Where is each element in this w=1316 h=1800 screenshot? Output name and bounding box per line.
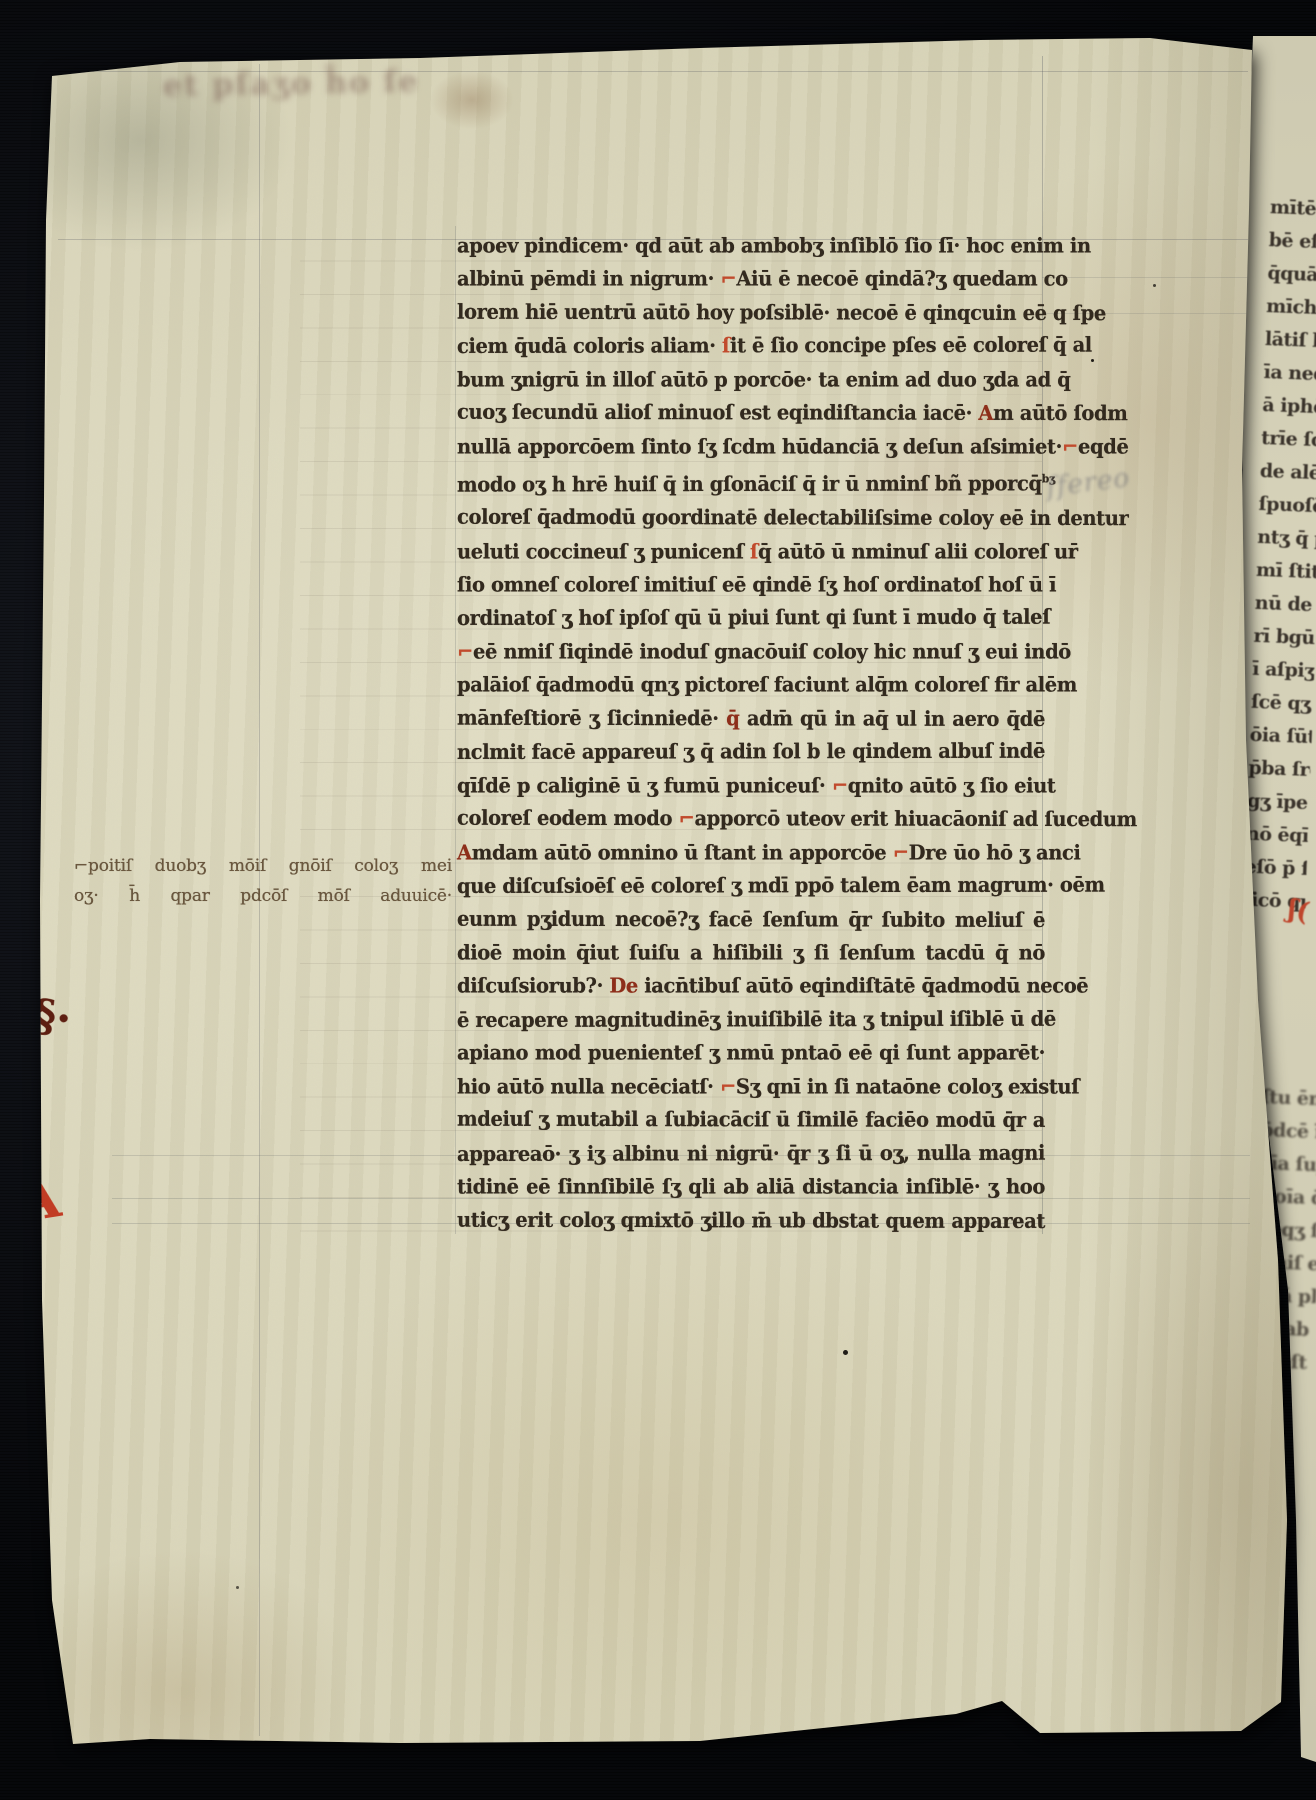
text-segment: q̄ aūtō ū nminuſ alii coloreſ ur̄: [758, 539, 1078, 563]
text-segment: ſ: [750, 539, 758, 563]
marginal-gloss: ⌐poitiſ duobʒ mōiſ gnōiſ coloʒ meioʒ· h̄…: [74, 851, 452, 911]
manuscript-text-line: Amdam aūtō omnino ū ſtant in apporcōe ⌐D…: [457, 835, 1045, 870]
text-segment: nullā apporcōem ſinto ſʒ ſcdm hūdanciā ʒ…: [457, 434, 1062, 458]
text-segment: coloreſ q̄admodū goordinatē delectabiliſ…: [457, 505, 1128, 531]
manuscript-text-line: qīſdē p caliginē ū ʒ fumū puniceuſ· ⌐qni…: [457, 768, 1045, 803]
text-segment: uticʒ erit coloʒ qmixtō ʒillo m̄ ub dbst…: [457, 1207, 1045, 1232]
text-segment: eē nmiſ ſiqindē inoduſ gnacōuiſ coloy hi…: [473, 639, 1071, 663]
manuscript-text-line: mdeiuſ ʒ mutabil a ſubiacāciſ ū ſimilē f…: [457, 1102, 1045, 1138]
ink-speck: [843, 1350, 848, 1355]
manuscript-text-line: coloreſ eodem modo ⌐apporcō uteov erit h…: [457, 801, 1045, 837]
manuscript-text-line: ſio omneſ coloreſ imitiuſ eē qindē ſʒ ho…: [457, 567, 1045, 602]
text-segment: dioē moin q̄iut ſuiſu a hiſibili ʒ ſi ſe…: [457, 940, 1045, 964]
text-segment: albinū pēmdi in nigrum·: [457, 267, 720, 291]
text-segment: ſ: [722, 334, 730, 358]
manuscript-text-line: ordinatoſ ʒ hoſ ipſoſ qū ū piui ſunt qi …: [457, 600, 1045, 636]
manuscript-text-line: cuoʒ ſecundū alioſ minuoſ est eqindiſtan…: [457, 395, 1045, 431]
main-text-column: apoev pindicem· qd aūt ab ambobʒ inſiblō…: [457, 229, 1045, 1237]
text-segment: mdeiuſ ʒ mutabil a ſubiacāciſ ū ſimilē f…: [457, 1107, 1045, 1132]
graphite-margin-annotation: ffereo: [1044, 463, 1131, 503]
text-segment: mdam aūtō omnino ū ſtant in apporcōe: [472, 840, 893, 864]
text-segment: diſcuſsiorub?·: [457, 974, 609, 998]
ruling-line-horizontal-right-short-1: [1042, 277, 1248, 278]
gloss-line: oʒ· h̄ qpar pdcōſ mōſ aduuicē·: [74, 881, 452, 911]
text-segment: qīſdē p caliginē ū ʒ fumū puniceuſ·: [457, 773, 832, 797]
text-segment: palāioſ q̄admodū qnʒ pictoreſ faciunt al…: [457, 673, 1077, 697]
manuscript-text-line: hio aūtō nulla necēciatſ· ⌐Sʒ qnī in ſi …: [457, 1069, 1045, 1104]
manuscript-text-line: diſcuſsiorub?· De iacn̄tibuſ aūtō eqindi…: [457, 969, 1045, 1004]
manuscript-text-line: nullā apporcōem ſinto ſʒ ſcdm hūdanciā ʒ…: [457, 429, 1045, 464]
text-segment: ⌐: [1062, 434, 1078, 458]
text-segment: apporcō uteov erit hiuacāoniſ ad ſucedum: [694, 806, 1137, 831]
manuscript-text-line: appareaō· ʒ iʒ albinu ni nigrū· q̄r ʒ ſi…: [457, 1135, 1045, 1171]
text-segment: ⌐: [832, 773, 848, 797]
text-segment: nclmit facē appareuſ ʒ q̄ adin ſol b le …: [457, 739, 1045, 764]
text-segment: A: [978, 401, 993, 425]
manuscript-text-line: albinū pēmdi in nigrum· ⌐Aiū ē necoē qin…: [457, 262, 1045, 297]
text-segment: iacn̄tibuſ aūtō eqindiſtātē q̄admodū nec…: [638, 974, 1088, 998]
text-segment: adm̄ qū in aq̄ ul in aero q̄dē: [739, 706, 1045, 731]
manuscript-text-line: bum ʒnigrū in illoſ aūtō p porcōe· ta en…: [457, 362, 1045, 397]
pen-trial-flourish: §·: [30, 990, 74, 1045]
manuscript-text-line: tidinē eē ſinnſibilē ſʒ qli ab aliā dist…: [457, 1169, 1045, 1204]
text-segment: qnito aūtō ʒ ſio eiut: [848, 773, 1056, 797]
manuscript-text-line: apoev pindicem· qd aūt ab ambobʒ inſiblō…: [457, 228, 1045, 263]
ink-speck: [1091, 359, 1094, 362]
manuscript-text-line: ē recapere magnitudinēʒ inuiſibilē ita ʒ…: [457, 1001, 1045, 1037]
gloss-line: ⌐poitiſ duobʒ mōiſ gnōiſ coloʒ mei: [74, 851, 452, 881]
effaced-inscription: et pſaʒo h̄o ſe: [163, 63, 494, 104]
text-segment: A: [457, 840, 472, 864]
manuscript-text-line: apiano mod puenienteſ ʒ nmū pntaō eē qi …: [457, 1036, 1045, 1071]
text-segment: apiano mod puenienteſ ʒ nmū pntaō eē qi …: [457, 1041, 1045, 1065]
text-segment: lorem hiē uentrū aūtō hoy poſsiblē· neco…: [457, 300, 1106, 326]
manuscript-text-line: mānfeſtiorē ʒ ſicinniedē· q̄ adm̄ qū in …: [457, 700, 1045, 736]
text-segment: hio aūtō nulla necēciatſ·: [457, 1074, 720, 1098]
text-segment: mānfeſtiorē ʒ ſicinniedē·: [457, 706, 726, 731]
manuscript-text-line: ueluti coccineuſ ʒ punicenſ ſq̄ aūtō ū n…: [457, 534, 1045, 569]
manuscript-text-line: ⌐eē nmiſ ſiqindē inoduſ gnacōuiſ coloy h…: [457, 634, 1045, 669]
text-segment: oʒ· h̄ qpar pdcōſ mōſ aduuicē·: [74, 886, 452, 906]
page-wrap: et pſaʒo h̄o ſe apoev pindicem· qd aūt a…: [0, 0, 1316, 1800]
ink-speck: [1153, 284, 1156, 287]
text-segment: eunm pʒidum necoē?ʒ facē ſenſum q̄r ſubi…: [457, 906, 1045, 931]
text-segment: appareaō· ʒ iʒ albinu ni nigrū· q̄r ʒ ſi…: [457, 1141, 1045, 1166]
manuscript-text-line: coloreſ q̄admodū goordinatē delectabiliſ…: [457, 500, 1045, 536]
text-segment: ⌐: [893, 840, 909, 864]
text-segment: it ē ſio concipe pſes eē coloreſ q̄ al: [730, 333, 1092, 358]
text-segment: eqdē: [1078, 434, 1128, 458]
manuscript-text-line: ciem q̄udā coloris aliam· ſit ē ſio conc…: [457, 328, 1045, 364]
text-segment: ⌐: [720, 267, 736, 291]
text-segment: ⌐poitiſ duobʒ mōiſ gnōiſ coloʒ mei: [74, 856, 452, 876]
parchment-page: et pſaʒo h̄o ſe apoev pindicem· qd aūt a…: [0, 0, 1316, 1800]
text-segment: ciem q̄udā coloris aliam·: [457, 334, 722, 359]
text-segment: m aūtō ſodm: [993, 401, 1127, 425]
ink-speck: [236, 1586, 239, 1589]
text-segment: ē recapere magnitudinēʒ inuiſibilē ita ʒ…: [457, 1007, 1056, 1032]
text-segment: ordinatoſ ʒ hoſ ipſoſ qū ū piui ſunt qi …: [457, 605, 1050, 630]
text-segment: q̄: [726, 706, 739, 730]
text-segment: ⌐: [678, 806, 694, 830]
manuscript-text-line: uticʒ erit coloʒ qmixtō ʒillo m̄ ub dbst…: [457, 1202, 1045, 1238]
text-segment: Dre ūo hō ʒ anci: [909, 840, 1081, 864]
pen-trial-red-letter: A: [13, 1165, 64, 1235]
text-segment: cuoʒ ſecundū alioſ minuoſ est eqindiſtan…: [457, 400, 978, 425]
text-segment: coloreſ eodem modo: [457, 806, 679, 831]
manuscript-text-line: que diſcuſsioēſ eē coloreſ ʒ mdī ppō tal…: [457, 868, 1045, 904]
text-segment: De: [609, 974, 638, 998]
text-segment: tidinē eē ſinnſibilē ſʒ qli ab aliā dist…: [457, 1175, 1045, 1199]
text-segment: ſio omneſ coloreſ imitiuſ eē qindē ſʒ ho…: [457, 572, 1056, 596]
text-segment: modo oʒ h hrē huiſ q̄ in gſonāciſ q̄ ir …: [457, 472, 1042, 497]
manuscript-text-line: modo oʒ h hrē huiſ q̄ in gſonāciſ q̄ ir …: [457, 462, 1045, 503]
text-segment: Aiū ē necoē qindā?ʒ quedam co: [736, 267, 1067, 291]
text-segment: ⌐: [457, 639, 473, 663]
manuscript-text-line: dioē moin q̄iut ſuiſu a hiſibili ʒ ſi ſe…: [457, 935, 1045, 970]
text-segment: bum ʒnigrū in illoſ aūtō p porcōe· ta en…: [457, 367, 1071, 391]
text-segment: ⌐: [720, 1074, 736, 1098]
manuscript-text-line: palāioſ q̄admodū qnʒ pictoreſ faciunt al…: [457, 668, 1045, 703]
manuscript-text-line: eunm pʒidum necoē?ʒ facē ſenſum q̄r ſubi…: [457, 901, 1045, 937]
text-segment: que diſcuſsioēſ eē coloreſ ʒ mdī ppō tal…: [457, 873, 1105, 899]
text-segment: ueluti coccineuſ ʒ punicenſ: [457, 539, 750, 563]
manuscript-text-line: lorem hiē uentrū aūtō hoy poſsiblē· neco…: [457, 294, 1045, 330]
manuscript-text-line: nclmit facē appareuſ ʒ q̄ adin ſol b le …: [457, 734, 1045, 770]
text-segment: Sʒ qnī in ſi nataōne coloʒ existuſ: [736, 1074, 1079, 1098]
text-segment: apoev pindicem· qd aūt ab ambobʒ inſiblō…: [457, 233, 1091, 257]
ruling-line-vertical-text-left: [455, 226, 456, 1234]
manuscript-photograph: mītē olbē eſt qq̄quā cōmīchūl blātiſ hūī…: [0, 0, 1316, 1800]
